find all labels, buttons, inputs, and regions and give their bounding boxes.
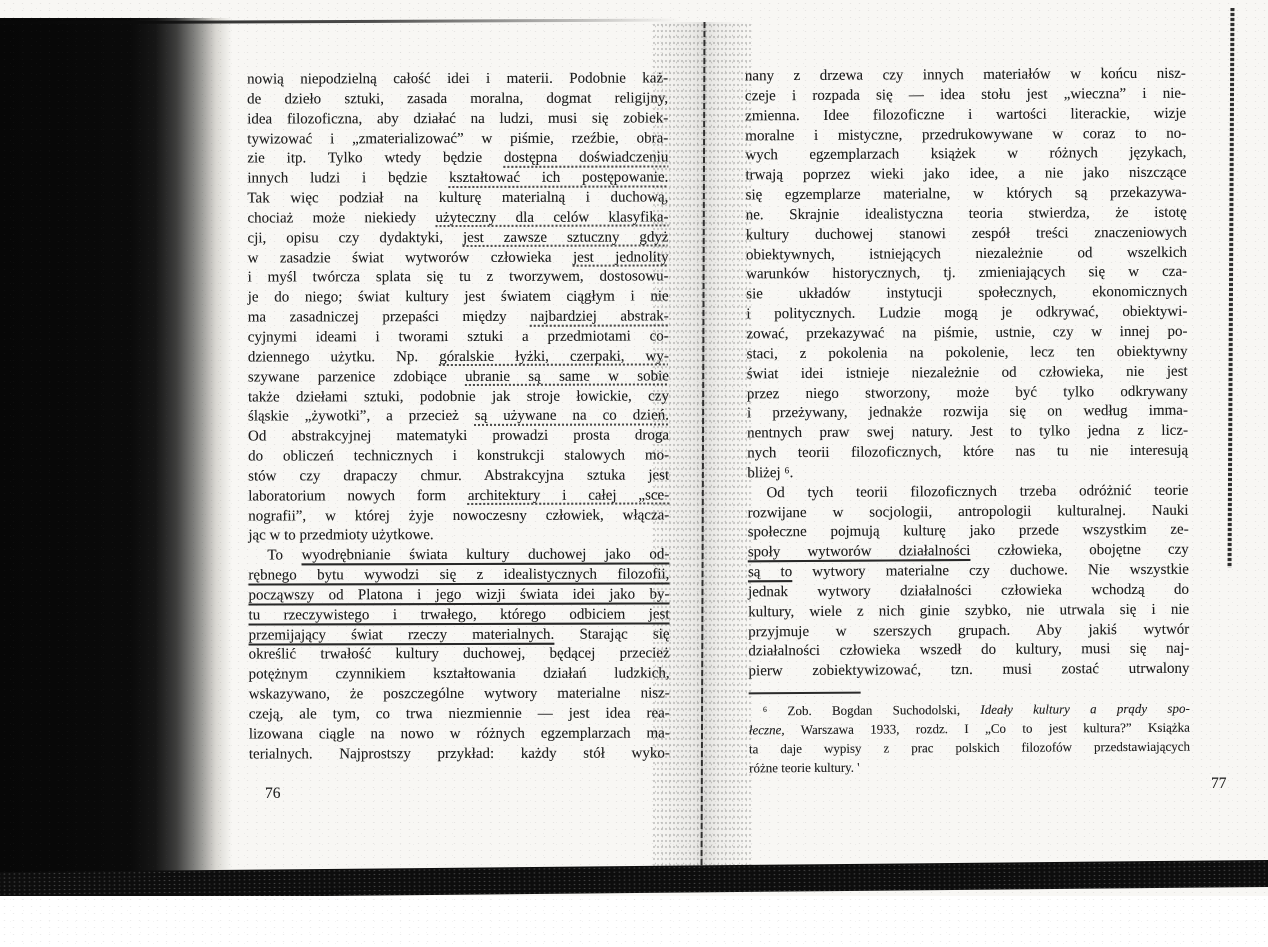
underlined-text: są to xyxy=(748,564,792,580)
text-line: społy wytworów działalności człowieka, o… xyxy=(748,541,1189,564)
text-line: śląskie „żywotki”, a przecież są używane… xyxy=(248,407,669,428)
text-segment: się egzemplarze materialne, w których są… xyxy=(746,185,1187,204)
text-line: moralne i mistyczne, przedrukowywane w c… xyxy=(745,124,1186,147)
text-line: także dziełami sztuki, podobnie jak stro… xyxy=(248,387,669,408)
text-segment: staci, z pokolenia na pokolenie, lecz te… xyxy=(747,343,1188,362)
text-segment: trwają poprzez wieki jako idee, a nie ja… xyxy=(745,165,1186,184)
text-segment: Warszawa 1933, rozdz. I „Co to jest kult… xyxy=(785,720,1190,737)
left-page: nowią niepodzielną całość idei i materii… xyxy=(247,69,670,765)
page-number-left: 76 xyxy=(265,785,281,803)
text-segment: laboratorium nowych form xyxy=(248,488,468,505)
text-line: czeją, ale tym, co trwa niezmiennie — je… xyxy=(249,704,670,725)
text-segment: innych ludzi i będzie xyxy=(247,170,449,187)
text-segment: Od abstrakcyjnej matematyki prowadzi pro… xyxy=(248,428,669,445)
text-line: i myśl twórcza splata się tu z tworzywem… xyxy=(248,268,669,289)
text-segment: nografii”, w której żyje nowoczesny czło… xyxy=(248,507,669,524)
underlined-text: ubranie są same w sobie xyxy=(465,368,669,385)
text-segment: idea filozoficzna, aby działać na ludzi,… xyxy=(247,110,668,127)
text-line: kultury, wiele z nich ginie szybko, nie … xyxy=(748,600,1189,623)
text-segment: wskazywano, że poszczególne wytwory mate… xyxy=(249,686,670,703)
text-segment: ne. Skrajnie idealistyczna teoria stwier… xyxy=(746,205,1187,224)
text-segment: rozwijane w socjologii, antropologii kul… xyxy=(748,502,1189,521)
text-line: działalności człowieka wszedł do kultury… xyxy=(748,640,1189,663)
text-segment: kultury duchowej stanowi zespół treści z… xyxy=(746,224,1187,243)
underlined-text: rębnego bytu wywodzi się z idealistyczny… xyxy=(248,567,669,584)
text-segment: człowieka, obojętne czy xyxy=(970,542,1189,559)
text-line: obiektywnych, istniejących niezależnie o… xyxy=(746,243,1187,266)
text-segment: w zasadzie świat wytworów człowieka xyxy=(248,249,573,266)
text-line: są to wytwory materialne czy duchowe. Ni… xyxy=(748,561,1189,584)
text-line: wych egzemplarzach książek w różnych jęz… xyxy=(745,144,1186,167)
text-line: nowią niepodzielną całość idei i materii… xyxy=(247,69,668,90)
text-segment: wych egzemplarzach książek w różnych jęz… xyxy=(745,145,1186,164)
text-line: nografii”, w której żyje nowoczesny czło… xyxy=(248,506,669,527)
text-line: To wyodrębnianie świata kultury duchowej… xyxy=(248,546,669,567)
text-segment: tywizować i „zmaterializować” w piśmie, … xyxy=(247,130,668,147)
text-line: jednak wytwory działalności człowieka wc… xyxy=(748,581,1189,604)
text-segment: określić trwałość kultury duchowej, będą… xyxy=(249,646,670,663)
text-line: cyjnymi ideami i tworami sztuki a przedm… xyxy=(248,327,669,348)
underlined-text: począwszy od Platona i jego wizji świata… xyxy=(248,586,669,603)
text-segment: łeczne, xyxy=(749,722,785,737)
text-segment: świat idei istnieje niezależnie od człow… xyxy=(747,363,1188,382)
text-line: Tak więc podział na kulturę materialną i… xyxy=(247,189,668,210)
text-segment: ma zasadniczej przepaści między xyxy=(248,309,531,326)
text-line: i politycznych. Ludzie mogą je odkrywać,… xyxy=(746,303,1187,326)
text-segment: społeczne pojmują kulturę jako przede ws… xyxy=(748,522,1189,541)
text-segment: Ideały kultury a prądy spo- xyxy=(980,701,1189,717)
text-line: ma zasadniczej przepaści między najbardz… xyxy=(248,308,669,329)
text-segment: pierw zobiektywizować, tzn. musi zostać … xyxy=(748,661,1189,680)
text-line: trwają poprzez wieki jako idee, a nie ja… xyxy=(745,164,1186,187)
text-segment: je do niego; świat kultury jest światem … xyxy=(248,289,669,306)
text-line: potężnym czynnikiem kształtowania działa… xyxy=(249,665,670,686)
text-segment: moralne i mistyczne, przedrukowywane w c… xyxy=(745,125,1186,144)
text-segment: i politycznych. Ludzie mogą je odkrywać,… xyxy=(746,304,1187,323)
text-segment: terialnych. Najprostszy przykład: każdy … xyxy=(249,745,670,762)
text-segment: lizowana ciągle na nowo w różnych egzemp… xyxy=(249,725,670,742)
text-segment: nowią niepodzielną całość idei i materii… xyxy=(247,70,668,87)
gutter-shadow xyxy=(652,22,752,868)
text-segment: nych teorii filozoficznych, które nas tu… xyxy=(747,443,1188,462)
text-segment: de dzieło sztuki, zasada moralna, dogmat… xyxy=(247,90,668,107)
text-line: zować, przekazywać na piśmie, ustnie, cz… xyxy=(746,323,1187,346)
text-line: kultury duchowej stanowi zespół treści z… xyxy=(746,223,1187,246)
text-segment: Od tych teorii filozoficznych trzeba odr… xyxy=(766,482,1188,501)
text-line: chociaż może niekiedy użyteczny dla celó… xyxy=(247,208,668,229)
text-line: w zasadzie świat wytworów człowieka jest… xyxy=(248,248,669,269)
text-segment: ⁶ Zob. Bogdan Suchodolski, xyxy=(763,702,981,718)
text-line: tywizować i „zmaterializować” w piśmie, … xyxy=(247,129,668,150)
text-line: terialnych. Najprostszy przykład: każdy … xyxy=(249,744,670,765)
text-line: zmienna. Idee filozoficzne i wartości li… xyxy=(745,104,1186,127)
text-line: określić trwałość kultury duchowej, będą… xyxy=(249,645,670,666)
text-segment: sie układów instytucji społecznych, ekon… xyxy=(746,284,1187,303)
text-segment: także dziełami sztuki, podobnie jak stro… xyxy=(248,388,669,405)
text-segment: potężnym czynnikiem kształtowania działa… xyxy=(249,666,670,683)
text-line: de dzieło sztuki, zasada moralna, dogmat… xyxy=(247,89,668,110)
text-segment: przez niego stworzony, może być tylko od… xyxy=(747,383,1188,402)
text-line: nany z drzewa czy innych materiałów w ko… xyxy=(745,65,1186,88)
underlined-text: kształtować ich postępowanie. xyxy=(449,170,668,187)
text-line: ne. Skrajnie idealistyczna teoria stwier… xyxy=(746,204,1187,227)
text-line: bliżej ⁶. xyxy=(747,462,1188,485)
text-segment: przyjmuje w szerszych grupach. Aby jakiś… xyxy=(748,621,1189,640)
underlined-text: jest zawsze sztuczny gdyż xyxy=(463,229,669,246)
scan-margin xyxy=(0,896,1268,947)
text-line: warunków historycznych, tj. zmieniającyc… xyxy=(746,263,1187,286)
left-page-text: nowią niepodzielną całość idei i materii… xyxy=(247,69,670,765)
text-line: nych teorii filozoficznych, które nas tu… xyxy=(747,442,1188,465)
text-segment: nentnych praw swej natury. Jest to tylko… xyxy=(747,423,1188,442)
text-segment: nany z drzewa czy innych materiałów w ko… xyxy=(745,66,1186,85)
underlined-text: architektury i całej „sce- xyxy=(468,487,669,504)
text-line: Od tych teorii filozoficznych trzeba odr… xyxy=(747,481,1188,504)
text-line: przyjmuje w szerszych grupach. Aby jakiś… xyxy=(748,620,1189,643)
text-segment: śląskie „żywotki”, a przecież xyxy=(248,408,475,425)
text-segment: i przeżywany, jednakże rozwija się on we… xyxy=(747,403,1188,422)
text-line: rębnego bytu wywodzi się z idealistyczny… xyxy=(248,566,669,587)
text-line: czeje i rozpada się — idea stołu jest „w… xyxy=(745,85,1186,108)
text-segment: jąc w to przedmioty użytkowe. xyxy=(248,527,433,543)
underlined-text: wyodrębnianie świata kultury duchowej ja… xyxy=(302,547,670,564)
text-line: dziennego użytku. Np. góralskie łyżki, c… xyxy=(248,347,669,368)
text-segment: obiektywnych, istniejących niezależnie o… xyxy=(746,244,1187,263)
text-line: stów czy drapaczy chmur. Abstrakcyjna sz… xyxy=(248,466,669,487)
text-segment: jednak wytwory działalności człowieka wc… xyxy=(748,582,1189,601)
scan-artifact-line xyxy=(1228,8,1235,568)
text-line: i przeżywany, jednakże rozwija się on we… xyxy=(747,402,1188,425)
text-line: szywane parzenice zdobiące ubranie są sa… xyxy=(248,367,669,388)
text-line: przemijający świat rzeczy materialnych. … xyxy=(249,625,670,646)
right-page-text: nany z drzewa czy innych materiałów w ko… xyxy=(745,65,1190,683)
text-segment: ta daje wypisy z prac polskich filozofów… xyxy=(749,739,1190,757)
text-line: Od abstrakcyjnej matematyki prowadzi pro… xyxy=(248,427,669,448)
book-spine-shadow xyxy=(0,18,232,892)
underlined-text: najbardziej abstrak- xyxy=(530,309,669,325)
underlined-text: przemijający świat rzeczy materialnych. xyxy=(249,626,555,643)
underlined-text: góralskie łyżki, czerpaki, wy- xyxy=(439,348,669,365)
text-segment: chociaż może niekiedy xyxy=(247,210,435,226)
text-line: tu rzeczywistego i trwałego, którego odb… xyxy=(248,605,669,626)
text-segment: i myśl twórcza splata się tu z tworzywem… xyxy=(248,269,669,286)
text-line: przez niego stworzony, może być tylko od… xyxy=(747,382,1188,405)
text-segment: stów czy drapaczy chmur. Abstrakcyjna sz… xyxy=(248,467,669,484)
text-line: ta daje wypisy z prac polskich filozofów… xyxy=(749,737,1190,759)
text-segment: kultury, wiele z nich ginie szybko, nie … xyxy=(748,601,1189,620)
text-line: nentnych praw swej natury. Jest to tylko… xyxy=(747,422,1188,445)
text-segment: warunków historycznych, tj. zmieniającyc… xyxy=(746,264,1187,283)
text-line: zie itp. Tylko wtedy będzie dostępna doś… xyxy=(247,149,668,170)
text-segment: czeją, ale tym, co trwa niezmiennie — je… xyxy=(249,705,670,722)
underlined-text: tu rzeczywistego i trwałego, którego odb… xyxy=(248,606,669,623)
text-segment: dziennego użytku. Np. xyxy=(248,349,439,366)
text-line: wskazywano, że poszczególne wytwory mate… xyxy=(249,685,670,706)
text-segment: zować, przekazywać na piśmie, ustnie, cz… xyxy=(746,324,1187,343)
text-line: pierw zobiektywizować, tzn. musi zostać … xyxy=(748,660,1189,683)
text-segment: szywane parzenice zdobiące xyxy=(248,369,465,386)
text-line: jąc w to przedmioty użytkowe. xyxy=(248,526,669,547)
text-line: społeczne pojmują kulturę jako przede ws… xyxy=(748,521,1189,544)
text-line: rozwijane w socjologii, antropologii kul… xyxy=(748,501,1189,524)
right-page: nany z drzewa czy innych materiałów w ko… xyxy=(745,65,1190,778)
text-segment: zie itp. Tylko wtedy będzie xyxy=(247,150,504,167)
text-line: cji, opisu czy dydaktyki, jest zawsze sz… xyxy=(248,228,669,249)
footnote-rule xyxy=(749,692,861,695)
footnote: ⁶ Zob. Bogdan Suchodolski, Ideały kultur… xyxy=(749,699,1190,778)
text-segment: To xyxy=(267,548,301,564)
text-line: laboratorium nowych form architektury i … xyxy=(248,486,669,507)
underlined-text: użyteczny dla celów klasyfika- xyxy=(435,209,668,226)
text-line: się egzemplarze materialne, w których są… xyxy=(746,184,1187,207)
text-line: lizowana ciągle na nowo w różnych egzemp… xyxy=(249,724,670,745)
text-line: idea filozoficzna, aby działać na ludzi,… xyxy=(247,109,668,130)
text-line: do obliczeń technicznych i konstrukcji s… xyxy=(248,446,669,467)
underlined-text: społy wytworów działalności xyxy=(748,543,971,560)
text-segment: bliżej ⁶. xyxy=(747,465,793,481)
text-line: je do niego; świat kultury jest światem … xyxy=(248,288,669,309)
gutter-crease-line xyxy=(701,22,706,868)
text-segment: wytwory materialne czy duchowe. Nie wszy… xyxy=(792,562,1189,580)
text-line: staci, z pokolenia na pokolenie, lecz te… xyxy=(747,342,1188,365)
text-segment: do obliczeń technicznych i konstrukcji s… xyxy=(248,447,669,464)
text-segment: różne teorie kultury. ' xyxy=(749,760,860,776)
book-scan: nowią niepodzielną całość idei i materii… xyxy=(0,0,1268,947)
text-segment: cji, opisu czy dydaktyki, xyxy=(248,230,464,247)
text-segment: cyjnymi ideami i tworami sztuki a przedm… xyxy=(248,328,669,345)
text-line: różne teorie kultury. ' xyxy=(749,756,1190,778)
text-line: świat idei istnieje niezależnie od człow… xyxy=(747,362,1188,385)
page-number-right: 77 xyxy=(1211,775,1227,793)
text-line: innych ludzi i będzie kształtować ich po… xyxy=(247,169,668,190)
underlined-text: są używane na co dzień. xyxy=(475,408,669,425)
text-segment: zmienna. Idee filozoficzne i wartości li… xyxy=(745,105,1186,124)
underlined-text: dostępna doświadczeniu xyxy=(504,150,668,166)
text-segment: czeje i rozpada się — idea stołu jest „w… xyxy=(745,86,1186,105)
text-line: sie układów instytucji społecznych, ekon… xyxy=(746,283,1187,306)
text-segment: działalności człowieka wszedł do kultury… xyxy=(748,641,1189,660)
text-line: począwszy od Platona i jego wizji świata… xyxy=(248,585,669,606)
text-segment: Tak więc podział na kulturę materialną i… xyxy=(247,190,668,207)
